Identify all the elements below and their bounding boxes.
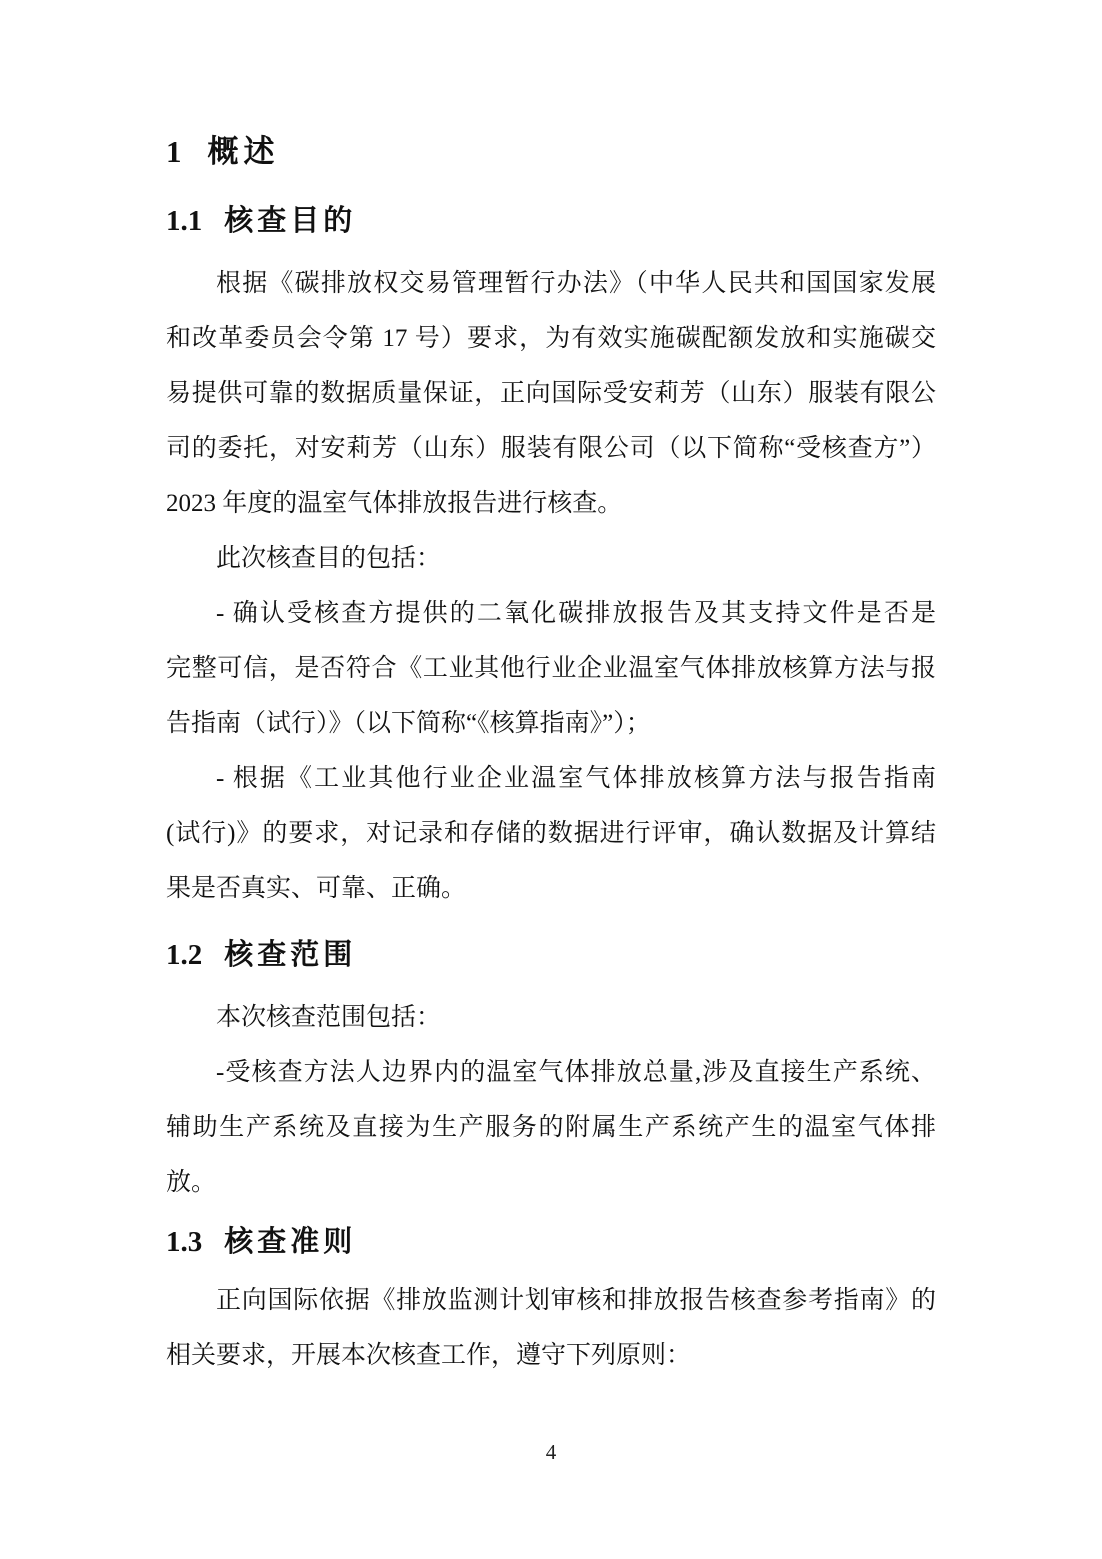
text-line: 正向国际依据《排放监测计划审核和排放报告核查参考指南》的 bbox=[166, 1273, 936, 1328]
paragraph-scope-item: -受核查方法人边界内的温室气体排放总量,涉及直接生产系统、 辅助生产系统及直接为… bbox=[166, 1045, 936, 1210]
section-number: 1.3 bbox=[166, 1221, 202, 1263]
section-title: 核查范围 bbox=[224, 939, 356, 971]
text-line: 相关要求，开展本次核查工作，遵守下列原则： bbox=[166, 1328, 936, 1383]
section-title: 核查准则 bbox=[224, 1226, 356, 1258]
text-line: - 根据《工业其他行业企业温室气体排放核算方法与报告指南 bbox=[166, 751, 936, 806]
text-line: 2023 年度的温室气体排放报告进行核查。 bbox=[166, 476, 936, 531]
text-line: - 确认受核查方提供的二氧化碳排放报告及其支持文件是否是 bbox=[166, 586, 936, 641]
paragraph-purpose-item-2: - 根据《工业其他行业企业温室气体排放核算方法与报告指南 (试行)》的要求，对记… bbox=[166, 751, 936, 916]
document-page: 1概述 1.1核查目的 根据《碳排放权交易管理暂行办法》（中华人民共和国国家发展… bbox=[0, 0, 1102, 1559]
text-line: 本次核查范围包括： bbox=[166, 990, 936, 1045]
text-line: 易提供可靠的数据质量保证，正向国际受安莉芳（山东）服装有限公 bbox=[166, 366, 936, 421]
section-title: 概述 bbox=[208, 134, 280, 169]
text-line: (试行)》的要求，对记录和存储的数据进行评审，确认数据及计算结 bbox=[166, 806, 936, 861]
text-line: -受核查方法人边界内的温室气体排放总量,涉及直接生产系统、 bbox=[166, 1045, 936, 1100]
text-line: 根据《碳排放权交易管理暂行办法》（中华人民共和国国家发展 bbox=[166, 256, 936, 311]
paragraph-scope-intro: 本次核查范围包括： bbox=[166, 990, 936, 1045]
text-line: 司的委托，对安莉芳（山东）服装有限公司（以下简称“受核查方”） bbox=[166, 421, 936, 476]
section-title: 核查目的 bbox=[224, 205, 356, 237]
section-number: 1 bbox=[166, 130, 182, 174]
paragraph-verification-basis: 根据《碳排放权交易管理暂行办法》（中华人民共和国国家发展 和改革委员会令第 17… bbox=[166, 256, 936, 531]
text-line: 此次核查目的包括： bbox=[166, 531, 936, 586]
section-heading-scope: 1.2核查范围 bbox=[166, 934, 936, 976]
section-heading-overview: 1概述 bbox=[166, 130, 936, 174]
section-heading-purpose: 1.1核查目的 bbox=[166, 200, 936, 242]
section-number: 1.1 bbox=[166, 200, 202, 242]
paragraph-purpose-intro: 此次核查目的包括： bbox=[166, 531, 936, 586]
paragraph-purpose-item-1: - 确认受核查方提供的二氧化碳排放报告及其支持文件是否是 完整可信，是否符合《工… bbox=[166, 586, 936, 751]
text-line: 完整可信，是否符合《工业其他行业企业温室气体排放核算方法与报 bbox=[166, 641, 936, 696]
text-line: 放。 bbox=[166, 1155, 936, 1210]
text-line: 和改革委员会令第 17 号）要求，为有效实施碳配额发放和实施碳交 bbox=[166, 311, 936, 366]
paragraph-criteria: 正向国际依据《排放监测计划审核和排放报告核查参考指南》的 相关要求，开展本次核查… bbox=[166, 1273, 936, 1383]
text-line: 告指南（试行）》（以下简称“《核算指南》”）； bbox=[166, 696, 936, 751]
text-line: 辅助生产系统及直接为生产服务的附属生产系统产生的温室气体排 bbox=[166, 1100, 936, 1155]
page-number: 4 bbox=[0, 1440, 1102, 1465]
text-line: 果是否真实、可靠、正确。 bbox=[166, 861, 936, 916]
section-number: 1.2 bbox=[166, 934, 202, 976]
document-content: 1概述 1.1核查目的 根据《碳排放权交易管理暂行办法》（中华人民共和国国家发展… bbox=[166, 0, 936, 1383]
section-heading-criteria: 1.3核查准则 bbox=[166, 1221, 936, 1263]
